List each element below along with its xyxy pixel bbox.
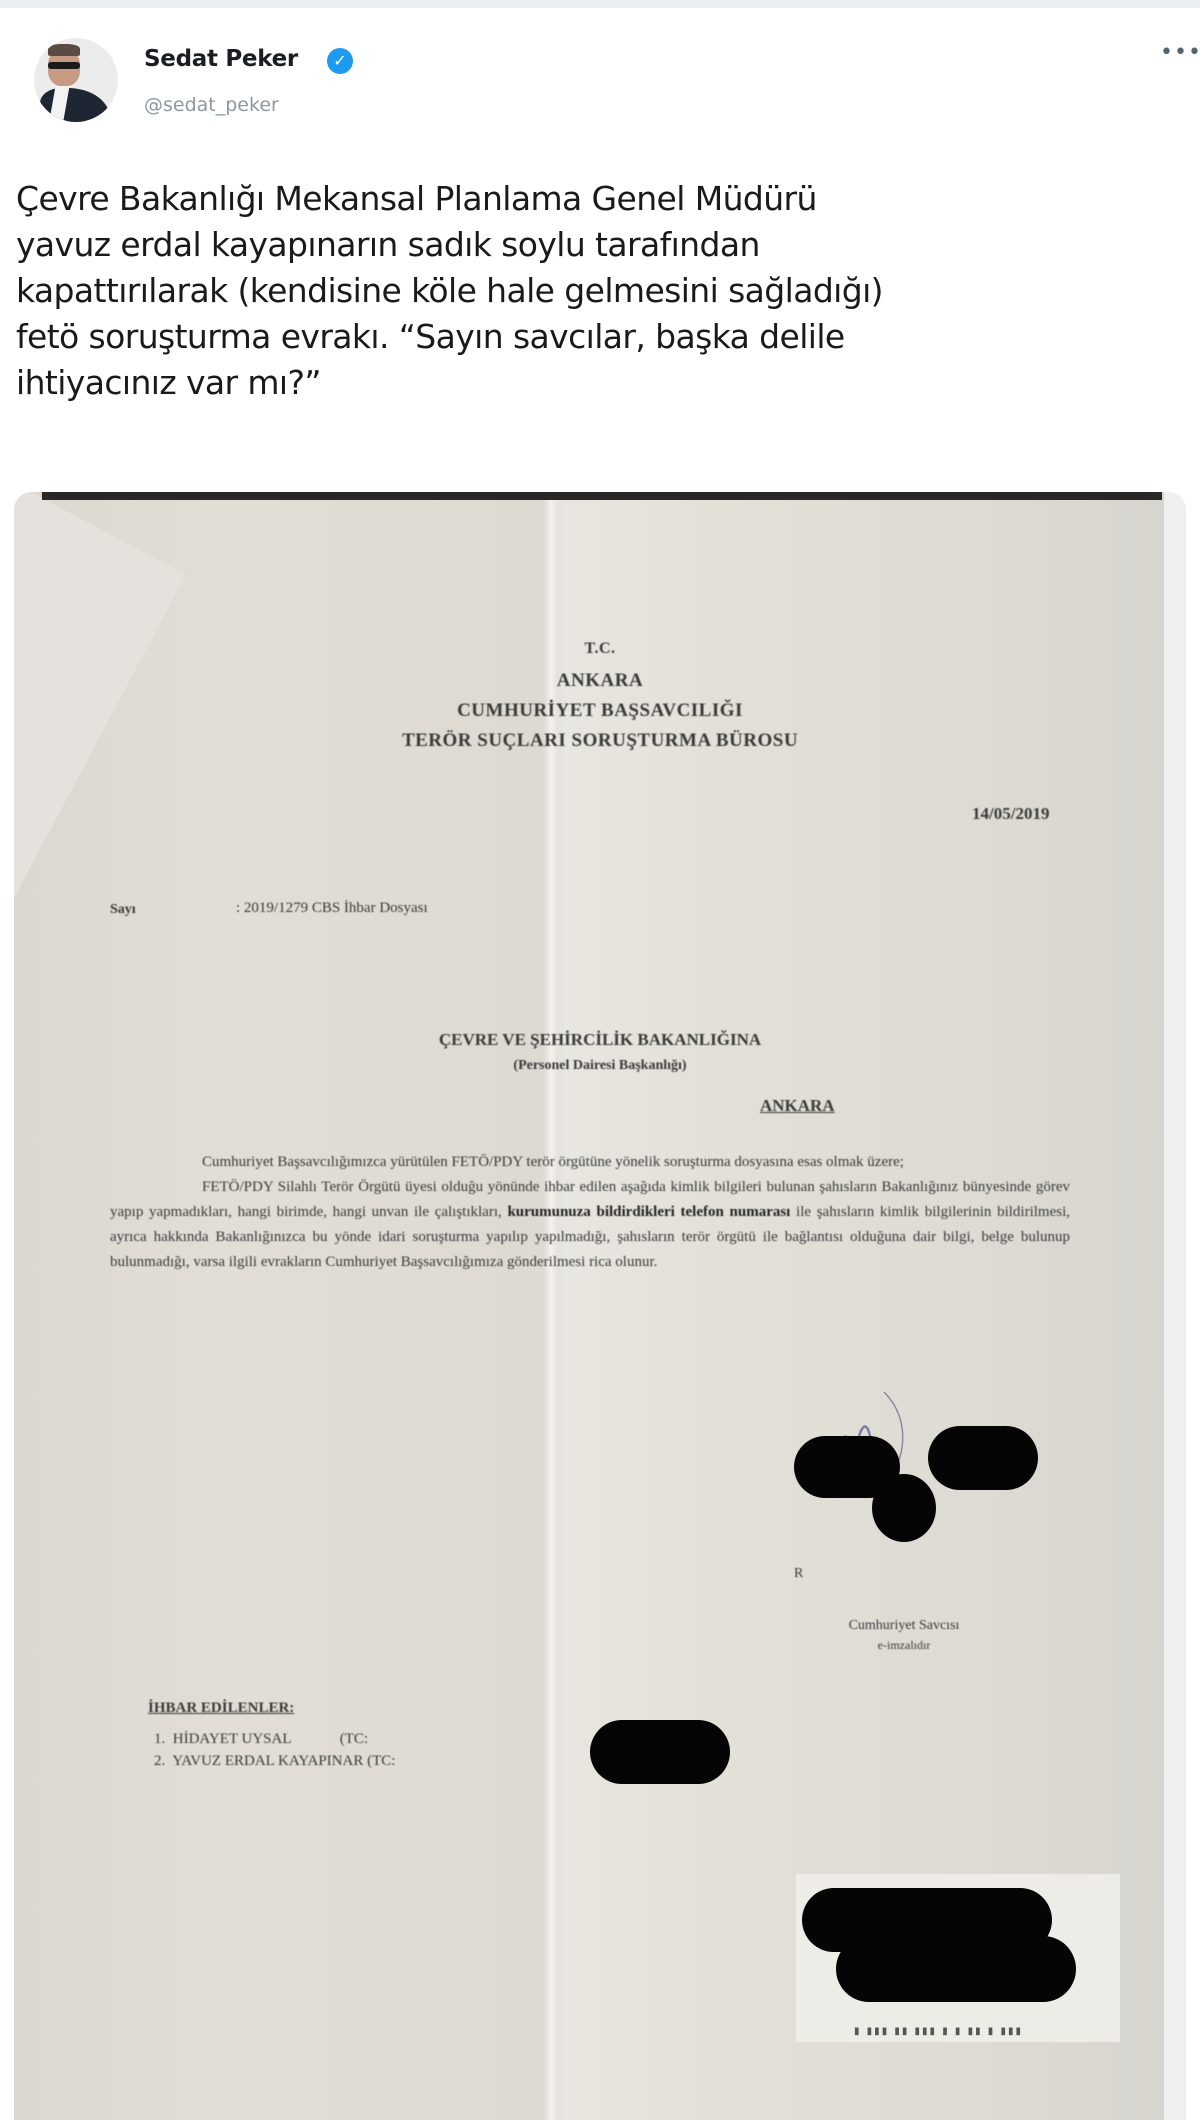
doc-header-bureau: TERÖR SUÇLARI SORUŞTURMA BÜROSU	[14, 730, 1186, 752]
avatar-glasses	[48, 62, 80, 69]
tweet-text-line: ihtiyacınız var mı?”	[16, 360, 1176, 406]
tweet-media-document-photo[interactable]: T.C. ANKARA CUMHURİYET BAŞSAVCILIĞI TERÖ…	[14, 492, 1186, 2120]
tweet-text-line: fetö soruşturma evrakı. “Sayın savcılar,…	[16, 314, 1176, 360]
ihbar-item: 1. HİDAYET UYSAL (TC:	[154, 1728, 395, 1750]
tweet-text-line: Çevre Bakanlığı Mekansal Planlama Genel …	[16, 176, 1176, 222]
doc-paragraph-2-bold: kurumunuza bildirdikleri telefon numaras…	[507, 1204, 790, 1220]
avatar[interactable]	[34, 38, 118, 122]
doc-addressee: ÇEVRE VE ŞEHİRCİLİK BAKANLIĞINA	[14, 1030, 1186, 1050]
tweet-text-line: kapattırılarak (kendisine köle hale gelm…	[16, 268, 1176, 314]
verified-badge-icon: ✓	[327, 48, 353, 74]
doc-date: 14/05/2019	[972, 804, 1049, 824]
avatar-hair	[48, 44, 80, 56]
signature-note: e-imzalıdır	[794, 1638, 1014, 1653]
doc-body: Cumhuriyet Başsavcılığımızca yürütülen F…	[110, 1150, 1070, 1275]
doc-addressee-dept: (Personel Dairesi Başkanlığı)	[14, 1058, 1186, 1074]
ihbar-title: İHBAR EDİLENLER:	[148, 1700, 294, 1717]
doc-number-value: : 2019/1279 CBS İhbar Dosyası	[236, 900, 428, 917]
doc-number-label: Sayı	[110, 902, 136, 918]
doc-header-office: CUMHURİYET BAŞSAVCILIĞI	[14, 700, 1186, 722]
barcode-text: ▮ ▮▮▮ ▮▮ ▮▮▮ ▮ ▮ ▮▮ ▮ ▮▮▮	[854, 2026, 1023, 2037]
doc-paragraph-1: Cumhuriyet Başsavcılığımızca yürütülen F…	[110, 1150, 1070, 1175]
doc-addressee-city: ANKARA	[760, 1096, 835, 1116]
doc-header-tc: T.C.	[14, 640, 1186, 658]
paper-top-edge	[42, 492, 1162, 500]
author-handle[interactable]: @sedat_peker	[144, 94, 279, 116]
author-name[interactable]: Sedat Peker	[144, 46, 298, 72]
redaction-mark	[928, 1426, 1038, 1490]
tweet-text: Çevre Bakanlığı Mekansal Planlama Genel …	[16, 176, 1176, 406]
redaction-mark	[836, 1936, 1076, 2002]
ihbar-item: 2. YAVUZ ERDAL KAYAPINAR (TC:	[154, 1750, 395, 1772]
ihbar-list: 1. HİDAYET UYSAL (TC: 2. YAVUZ ERDAL KAY…	[154, 1728, 395, 1772]
top-divider	[0, 0, 1200, 8]
redaction-mark	[872, 1474, 936, 1542]
signature-initial: R	[794, 1566, 803, 1582]
redaction-mark	[590, 1720, 730, 1784]
signature-title: Cumhuriyet Savcısı	[794, 1618, 1014, 1634]
doc-paragraph-2: FETÖ/PDY Silahlı Terör Örgütü üyesi oldu…	[110, 1175, 1070, 1275]
doc-header-city: ANKARA	[14, 670, 1186, 692]
more-options-icon[interactable]: •••	[1160, 46, 1200, 60]
tweet-text-line: yavuz erdal kayapınarın sadık soylu tara…	[16, 222, 1176, 268]
